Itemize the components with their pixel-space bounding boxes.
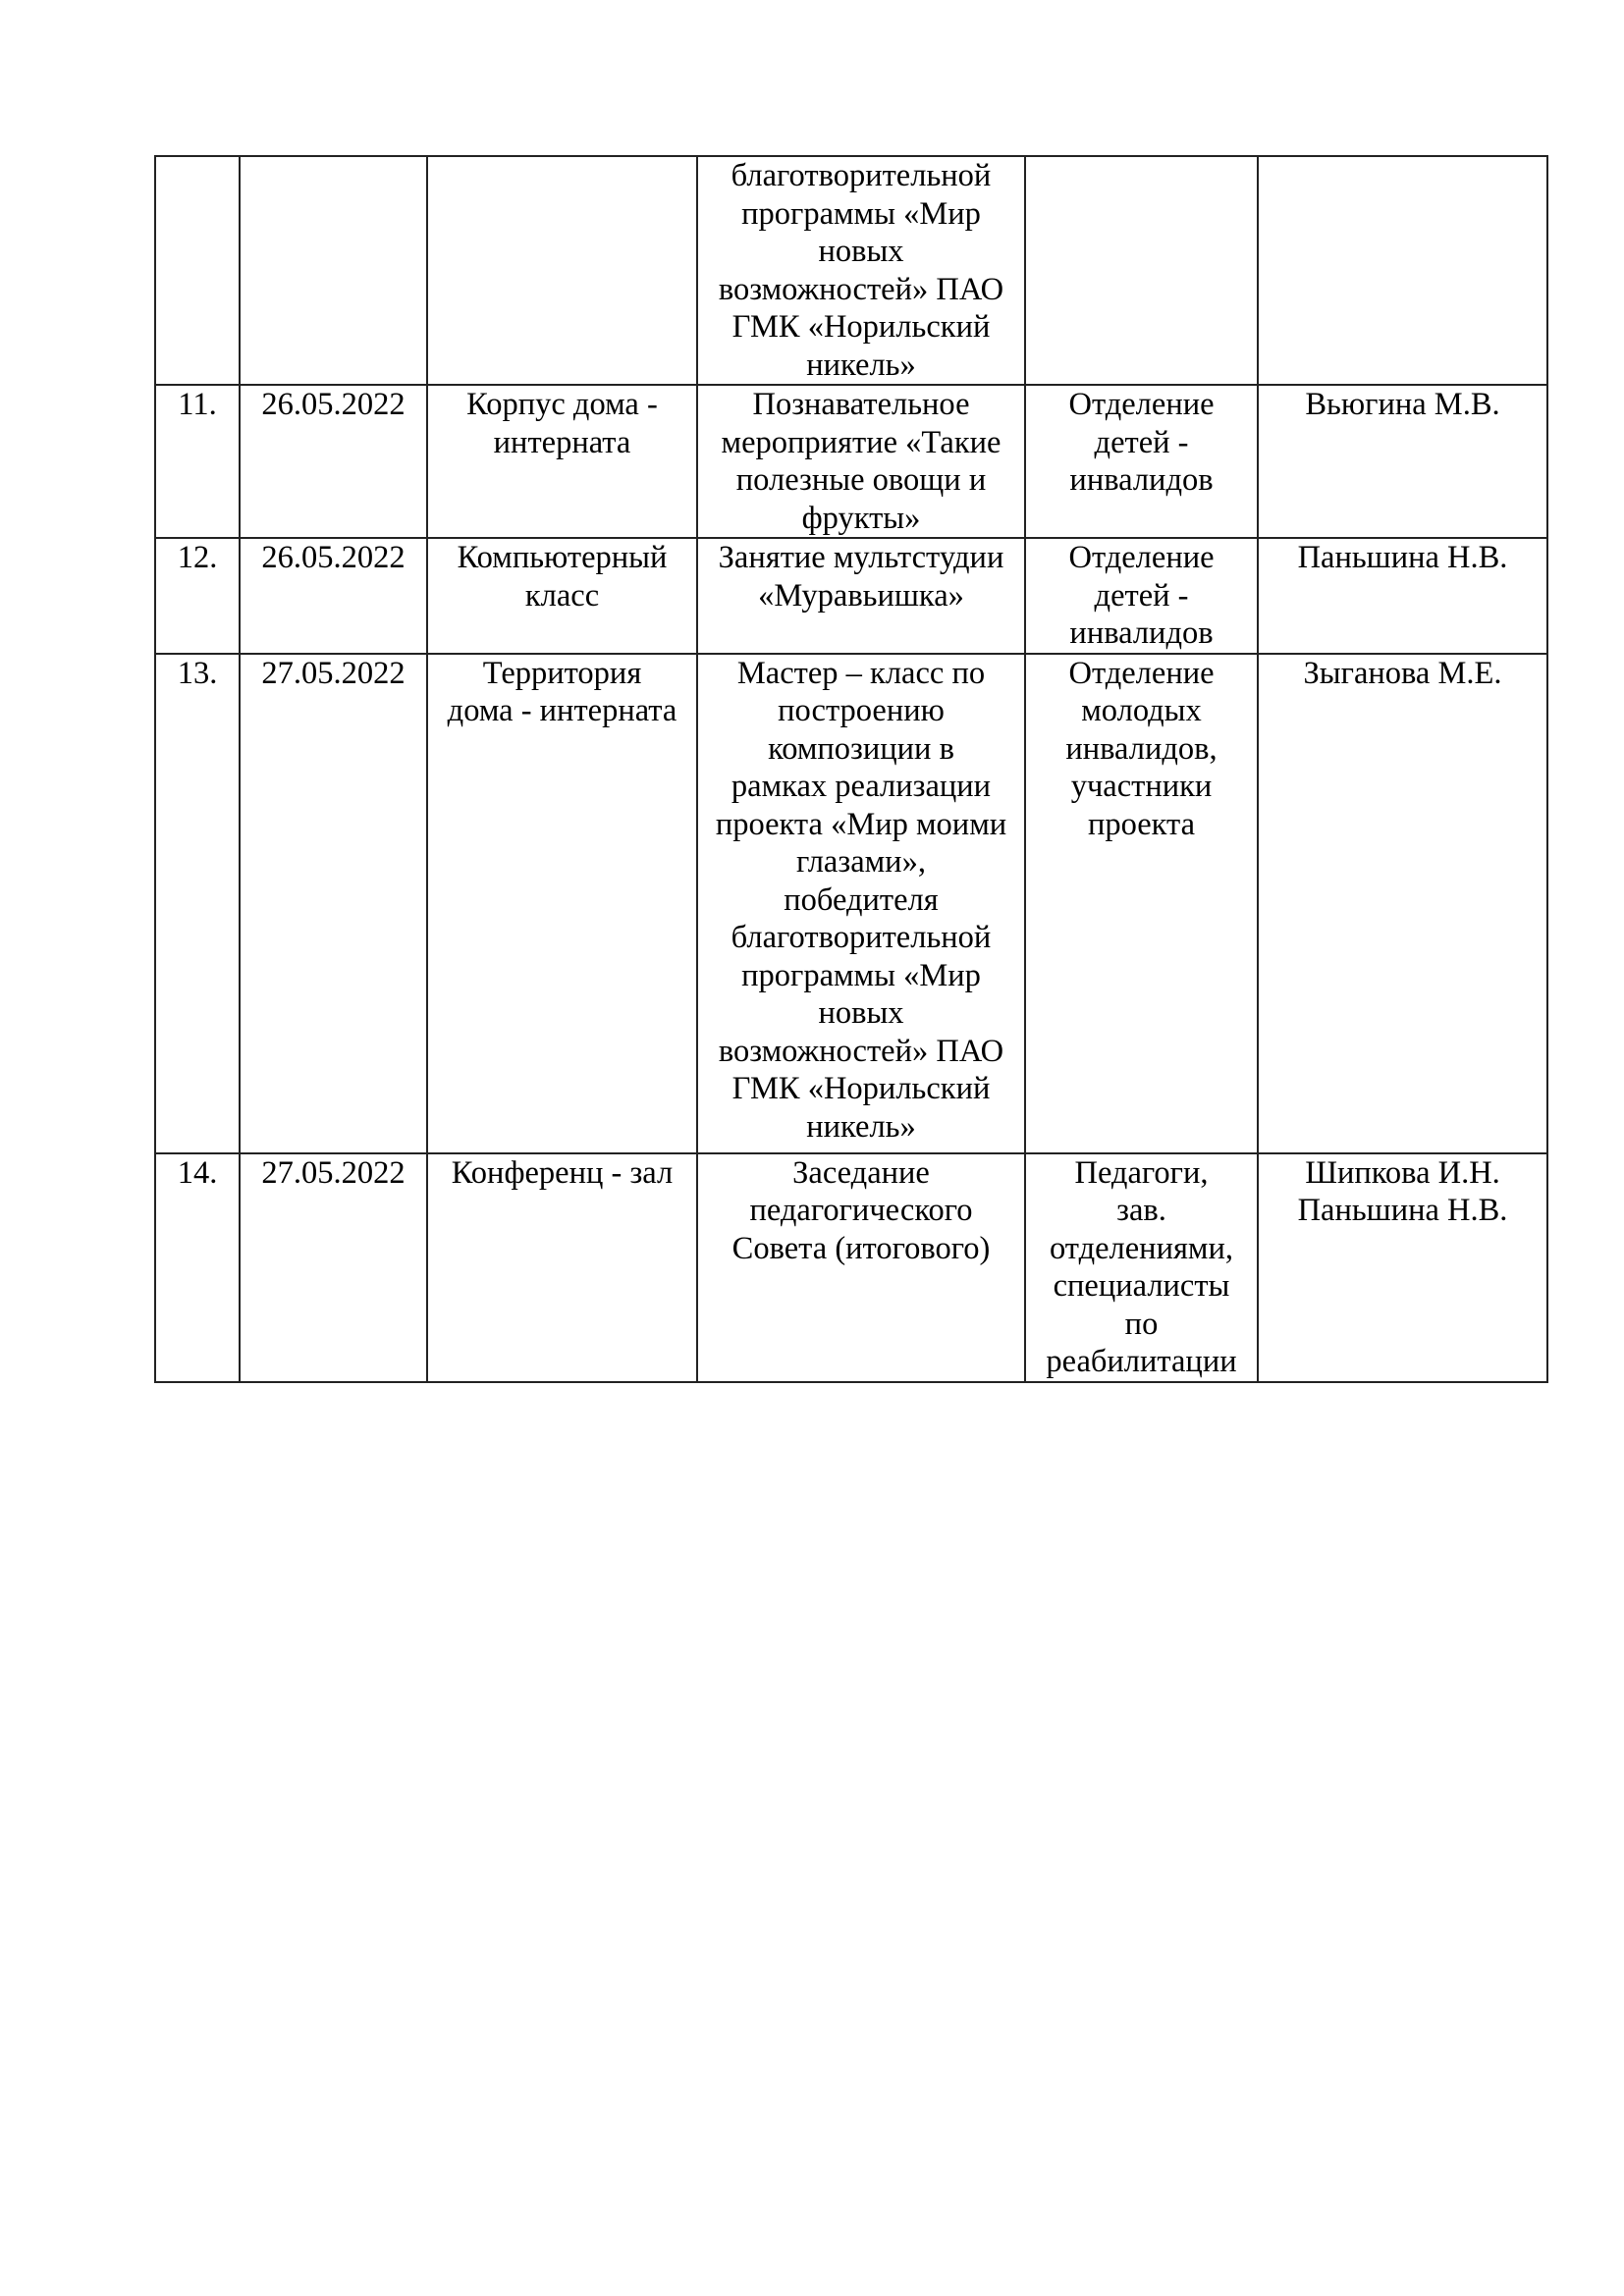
cell-text-line: программы «Мир <box>702 195 1020 234</box>
cell-text-line: молодых <box>1030 692 1253 730</box>
responsible-cell: Вьюгина М.В. <box>1258 385 1547 538</box>
event-name-cell: ЗаседаниепедагогическогоСовета (итоговог… <box>697 1153 1025 1382</box>
cell-text-line: Конференц - зал <box>432 1154 692 1193</box>
cell-text-line: благотворительной <box>702 919 1020 957</box>
cell-text-line: специалисты <box>1030 1267 1253 1306</box>
responsible-cell <box>1258 156 1547 385</box>
venue-cell: Территориядома - интерната <box>427 654 697 1153</box>
row-number-cell: 12. <box>155 538 240 654</box>
cell-text-line: Совета (итогового) <box>702 1230 1020 1268</box>
cell-text-line: 26.05.2022 <box>244 386 422 424</box>
cell-text-line: никель» <box>702 347 1020 385</box>
responsible-cell: Шипкова И.Н.Паньшина Н.В. <box>1258 1153 1547 1382</box>
cell-text-line: благотворительной <box>702 157 1020 195</box>
cell-text-line: Педагоги, <box>1030 1154 1253 1193</box>
cell-text-line: «Муравьишка» <box>702 577 1020 615</box>
cell-text-line: Отделение <box>1030 539 1253 577</box>
cell-text-line: детей - <box>1030 424 1253 462</box>
cell-text-line: рамках реализации <box>702 768 1020 806</box>
cell-text-line: Познавательное <box>702 386 1020 424</box>
document-page: благотворительнойпрограммы «Мирновыхвозм… <box>0 0 1624 2296</box>
cell-text-line: отделениями, <box>1030 1230 1253 1268</box>
cell-text-line: возможностей» ПАО <box>702 1033 1020 1071</box>
cell-text-line: новых <box>702 233 1020 271</box>
row-number-cell: 11. <box>155 385 240 538</box>
cell-text-line: Территория <box>432 655 692 693</box>
cell-text-line: инвалидов <box>1030 614 1253 653</box>
responsible-cell: Паньшина Н.В. <box>1258 538 1547 654</box>
cell-text-line: 26.05.2022 <box>244 539 422 577</box>
cell-text-line: по <box>1030 1306 1253 1344</box>
cell-text-line: 11. <box>160 386 235 424</box>
cell-text-line: класс <box>432 577 692 615</box>
cell-text-line: Заседание <box>702 1154 1020 1193</box>
cell-text-line: участники <box>1030 768 1253 806</box>
cell-text-line: Отделение <box>1030 655 1253 693</box>
cell-text-line: Паньшина Н.В. <box>1263 1192 1543 1230</box>
cell-text-line: Зыганова М.Е. <box>1263 655 1543 693</box>
venue-cell: Компьютерныйкласс <box>427 538 697 654</box>
row-number-cell <box>155 156 240 385</box>
cell-text-line: композиции в <box>702 730 1020 769</box>
date-cell: 26.05.2022 <box>240 538 427 654</box>
cell-text-line: педагогического <box>702 1192 1020 1230</box>
participants-cell <box>1025 156 1258 385</box>
events-schedule-table: благотворительнойпрограммы «Мирновыхвозм… <box>154 155 1548 1383</box>
participants-cell: Отделениемолодыхинвалидов,участникипроек… <box>1025 654 1258 1153</box>
cell-text-line: инвалидов, <box>1030 730 1253 769</box>
cell-text-line: возможностей» ПАО <box>702 271 1020 309</box>
participants-cell: Отделениедетей -инвалидов <box>1025 385 1258 538</box>
venue-cell <box>427 156 697 385</box>
date-cell <box>240 156 427 385</box>
cell-text-line: Корпус дома - <box>432 386 692 424</box>
cell-text-line: 13. <box>160 655 235 693</box>
cell-text-line: реабилитации <box>1030 1343 1253 1381</box>
cell-text-line: Компьютерный <box>432 539 692 577</box>
date-cell: 27.05.2022 <box>240 1153 427 1382</box>
venue-cell: Конференц - зал <box>427 1153 697 1382</box>
cell-text-line: Отделение <box>1030 386 1253 424</box>
cell-text-line: Мастер – класс по <box>702 655 1020 693</box>
responsible-cell: Зыганова М.Е. <box>1258 654 1547 1153</box>
cell-text-line: фрукты» <box>702 500 1020 538</box>
cell-text-line: Паньшина Н.В. <box>1263 539 1543 577</box>
cell-text-line: проекта «Мир моими <box>702 806 1020 844</box>
cell-text-line: 27.05.2022 <box>244 1154 422 1193</box>
row-number-cell: 14. <box>155 1153 240 1382</box>
event-name-cell: благотворительнойпрограммы «Мирновыхвозм… <box>697 156 1025 385</box>
cell-text-line: построению <box>702 692 1020 730</box>
date-cell: 26.05.2022 <box>240 385 427 538</box>
cell-text-line: ГМК «Норильский <box>702 308 1020 347</box>
event-name-cell: Занятие мультстудии«Муравьишка» <box>697 538 1025 654</box>
date-cell: 27.05.2022 <box>240 654 427 1153</box>
cell-text-line: ГМК «Норильский <box>702 1070 1020 1108</box>
cell-text-line: дома - интерната <box>432 692 692 730</box>
cell-text-line: интерната <box>432 424 692 462</box>
participants-cell: Отделениедетей -инвалидов <box>1025 538 1258 654</box>
cell-text-line: 12. <box>160 539 235 577</box>
table-row: 12.26.05.2022КомпьютерныйклассЗанятие му… <box>155 538 1547 654</box>
cell-text-line: глазами», <box>702 843 1020 881</box>
cell-text-line: 14. <box>160 1154 235 1193</box>
cell-text-line: детей - <box>1030 577 1253 615</box>
row-number-cell: 13. <box>155 654 240 1153</box>
venue-cell: Корпус дома -интерната <box>427 385 697 538</box>
cell-text-line: Вьюгина М.В. <box>1263 386 1543 424</box>
cell-text-line: проекта <box>1030 806 1253 844</box>
cell-text-line: зав. <box>1030 1192 1253 1230</box>
participants-cell: Педагоги,зав.отделениями,специалистыпоре… <box>1025 1153 1258 1382</box>
cell-text-line: программы «Мир <box>702 957 1020 995</box>
cell-text-line: Занятие мультстудии <box>702 539 1020 577</box>
cell-text-line: мероприятие «Такие <box>702 424 1020 462</box>
event-name-cell: Познавательноемероприятие «Такиеполезные… <box>697 385 1025 538</box>
cell-text-line: новых <box>702 994 1020 1033</box>
cell-text-line: Шипкова И.Н. <box>1263 1154 1543 1193</box>
event-name-cell: Мастер – класс попостроениюкомпозиции вр… <box>697 654 1025 1153</box>
cell-text-line: никель» <box>702 1108 1020 1147</box>
cell-text-line: победителя <box>702 881 1020 920</box>
table-row: 14.27.05.2022Конференц - залЗаседаниепед… <box>155 1153 1547 1382</box>
cell-text-line: 27.05.2022 <box>244 655 422 693</box>
cell-text-line: инвалидов <box>1030 461 1253 500</box>
table-row: благотворительнойпрограммы «Мирновыхвозм… <box>155 156 1547 385</box>
table-row: 13.27.05.2022Территориядома - интернатаМ… <box>155 654 1547 1153</box>
cell-text-line: полезные овощи и <box>702 461 1020 500</box>
table-row: 11.26.05.2022Корпус дома -интернатаПозна… <box>155 385 1547 538</box>
